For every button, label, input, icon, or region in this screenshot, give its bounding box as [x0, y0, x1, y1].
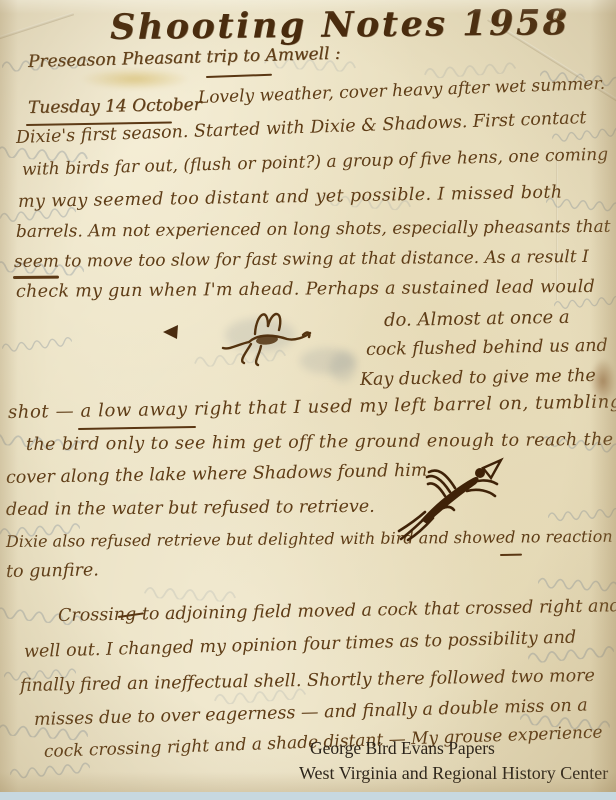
manuscript-line: seem to move too slow for fast swing at … [14, 249, 589, 271]
underline-away-right [78, 426, 196, 430]
scanner-bed-strip [0, 792, 616, 800]
document-title: Shooting Notes 1958 [110, 5, 570, 45]
manuscript-line: cock flushed behind us and [366, 338, 608, 360]
underline-no [500, 554, 522, 556]
pencil-smudge [330, 352, 356, 382]
manuscript-line: shot — a low away right that I used my l… [8, 393, 616, 422]
manuscript-line: barrels. Am not experienced on long shot… [16, 219, 611, 241]
manuscript-line: the bird only to see him get off the gro… [26, 432, 614, 455]
manuscript-line: Dixie also refused retrieve but delighte… [6, 529, 613, 550]
archive-stamp-line2: West Virginia and Regional History Cente… [299, 763, 608, 784]
manuscript-line: cover along the lake where Shadows found… [6, 463, 428, 488]
underline-amwell [206, 74, 272, 78]
manuscript-line: misses due to over eagerness — and final… [34, 698, 588, 730]
manuscript-line: Lovely weather, cover heavy after wet su… [198, 76, 606, 107]
paper-crease [0, 12, 74, 43]
rising-pheasant-sketch [395, 446, 517, 544]
manuscript-page: Shooting Notes 1958 1 Preseason Pheasant… [0, 0, 616, 792]
manuscript-line: do. Almost at once a [384, 309, 570, 330]
underline-seem [13, 276, 59, 279]
flying-pheasant-sketch [155, 298, 325, 378]
manuscript-line: dead in the water but refused to retriev… [6, 499, 375, 520]
manuscript-line: to gunfire. [6, 562, 99, 581]
ink-stain [80, 68, 190, 90]
manuscript-line: Kay ducked to give me the [360, 368, 596, 390]
archive-stamp-line1: George Bird Evans Papers [310, 738, 495, 759]
manuscript-line: Tuesday 14 October [28, 97, 202, 117]
arrowhead-mark [163, 325, 178, 339]
manuscript-line: well out. I changed my opinion four time… [24, 630, 577, 662]
manuscript-line: my way seemed too distant and yet possib… [18, 184, 563, 211]
manuscript-line: with birds far out, (flush or point?) a … [22, 147, 609, 179]
